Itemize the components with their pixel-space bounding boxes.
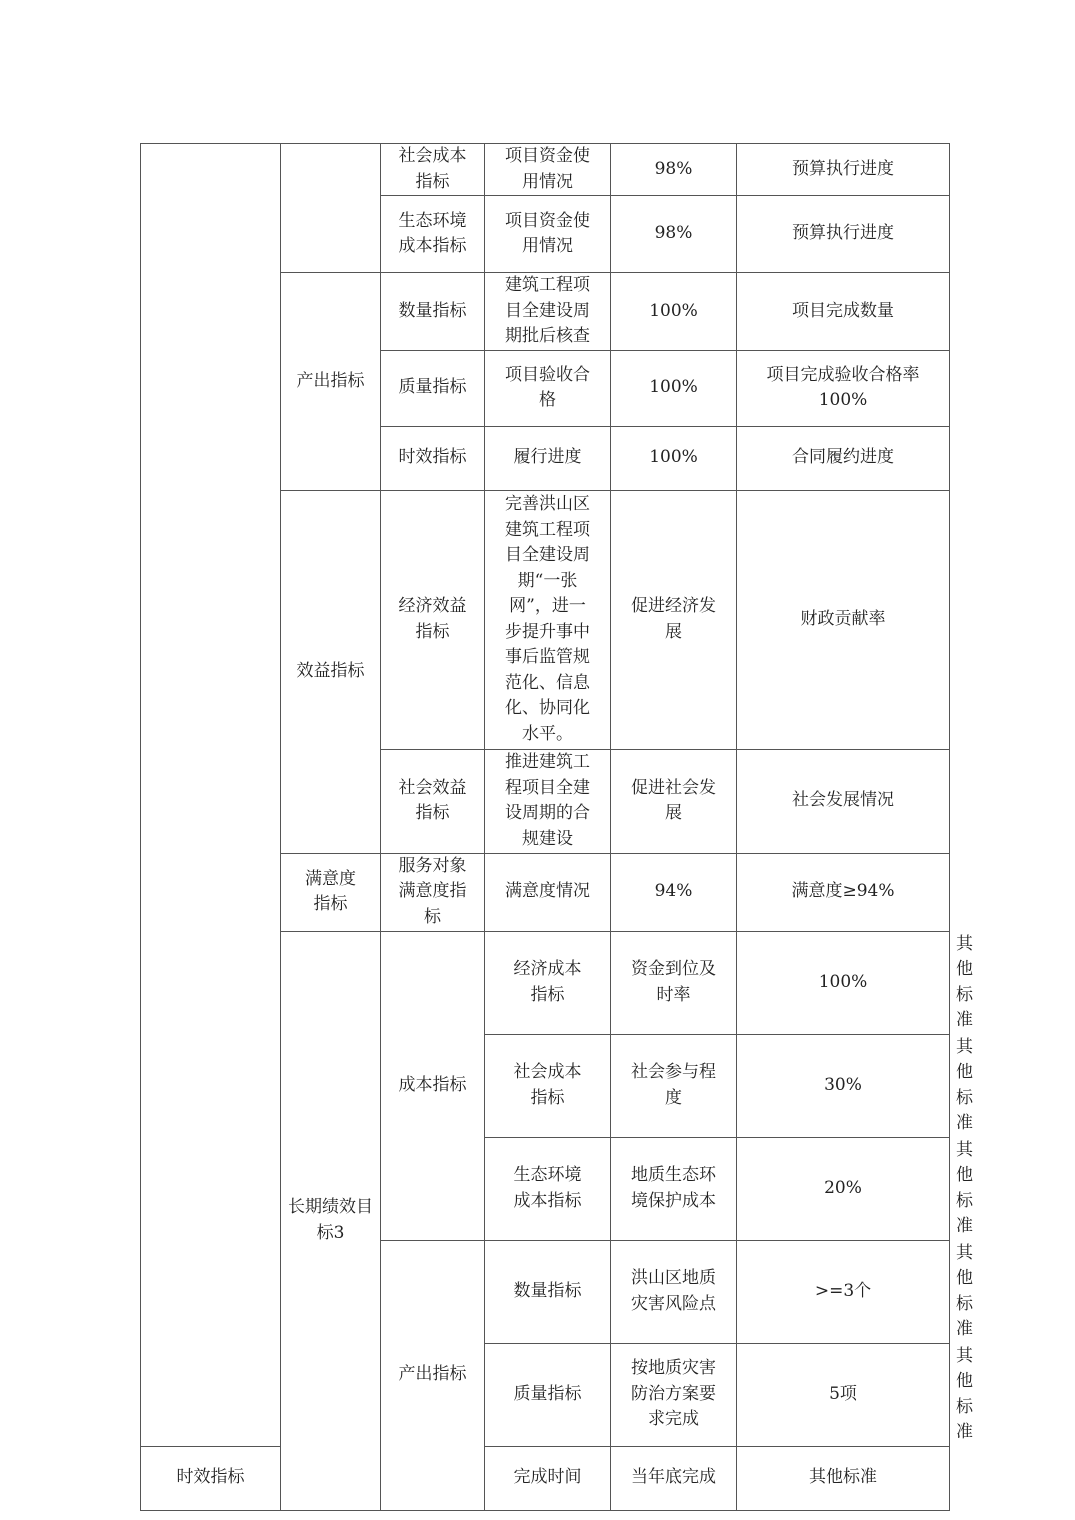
- category-cell: 成本指标: [381, 931, 485, 1240]
- standard-cell: 预算执行进度: [737, 196, 950, 273]
- category-cell: 产出指标: [281, 273, 381, 491]
- standard-cell: 项目完成验收合格率 100%: [737, 350, 950, 426]
- category-cell: 产出指标: [381, 1240, 485, 1510]
- value-cell: 98%: [611, 196, 737, 273]
- performance-indicator-table: 社会成本 指标 项目资金使 用情况 98% 预算执行进度 生态环境 成本指标 项…: [140, 143, 950, 1511]
- value-cell: 100%: [737, 931, 950, 1034]
- category-cell: 效益指标: [281, 490, 381, 853]
- indicator-cell: 生态环境 成本指标: [485, 1137, 611, 1240]
- category-cell: [281, 144, 381, 273]
- indicator-cell: 经济成本 指标: [485, 931, 611, 1034]
- content-cell: 资金到位及 时率: [611, 931, 737, 1034]
- standard-cell: 预算执行进度: [737, 144, 950, 196]
- content-cell: 项目验收合 格: [485, 350, 611, 426]
- value-cell: 100%: [611, 350, 737, 426]
- value-cell: 促进经济发 展: [611, 490, 737, 749]
- content-cell: 完成时间: [485, 1446, 611, 1510]
- indicator-cell: 社会成本 指标: [381, 144, 485, 196]
- standard-cell: 项目完成数量: [737, 273, 950, 351]
- content-cell: 地质生态环 境保护成本: [611, 1137, 737, 1240]
- indicator-cell: 质量指标: [381, 350, 485, 426]
- indicator-cell: 质量指标: [485, 1343, 611, 1446]
- content-cell: 按地质灾害 防治方案要 求完成: [611, 1343, 737, 1446]
- value-cell: 20%: [737, 1137, 950, 1240]
- standard-cell: 合同履约进度: [737, 426, 950, 490]
- value-cell: 促进社会发 展: [611, 749, 737, 853]
- indicator-cell: 生态环境 成本指标: [381, 196, 485, 273]
- content-cell: 项目资金使 用情况: [485, 196, 611, 273]
- indicator-cell: 时效指标: [141, 1446, 281, 1510]
- value-cell: 100%: [611, 426, 737, 490]
- content-cell: 建筑工程项 目全建设周 期批后核查: [485, 273, 611, 351]
- content-cell: 社会参与程 度: [611, 1034, 737, 1137]
- indicator-cell: 社会成本 指标: [485, 1034, 611, 1137]
- indicator-cell: 时效指标: [381, 426, 485, 490]
- value-cell: 100%: [611, 273, 737, 351]
- indicator-cell: 服务对象 满意度指 标: [381, 853, 485, 931]
- indicator-cell: 社会效益 指标: [381, 749, 485, 853]
- goal-cell: 长期绩效目标3: [281, 931, 381, 1510]
- table-row: 社会成本 指标 项目资金使 用情况 98% 预算执行进度: [141, 144, 950, 196]
- standard-cell: 财政贡献率: [737, 490, 950, 749]
- category-cell: 满意度 指标: [281, 853, 381, 931]
- value-cell: 5项: [737, 1343, 950, 1446]
- content-cell: 洪山区地质 灾害风险点: [611, 1240, 737, 1343]
- goal-cell: [141, 144, 281, 1447]
- content-cell: 完善洪山区 建筑工程项 目全建设周 期“一张 网”，进一 步提升事中 事后监管规…: [485, 490, 611, 749]
- value-cell: 当年底完成: [611, 1446, 737, 1510]
- table-row: 时效指标 完成时间 当年底完成 其他标准: [141, 1446, 950, 1510]
- value-cell: 98%: [611, 144, 737, 196]
- content-cell: 项目资金使 用情况: [485, 144, 611, 196]
- value-cell: >=3个: [737, 1240, 950, 1343]
- value-cell: 30%: [737, 1034, 950, 1137]
- indicator-cell: 经济效益 指标: [381, 490, 485, 749]
- indicator-cell: 数量指标: [485, 1240, 611, 1343]
- indicator-cell: 数量指标: [381, 273, 485, 351]
- content-cell: 推进建筑工 程项目全建 设周期的合 规建设: [485, 749, 611, 853]
- standard-cell: 其他标准: [737, 1446, 950, 1510]
- standard-cell: 社会发展情况: [737, 749, 950, 853]
- value-cell: 94%: [611, 853, 737, 931]
- content-cell: 满意度情况: [485, 853, 611, 931]
- content-cell: 履行进度: [485, 426, 611, 490]
- standard-cell: 满意度≥94%: [737, 853, 950, 931]
